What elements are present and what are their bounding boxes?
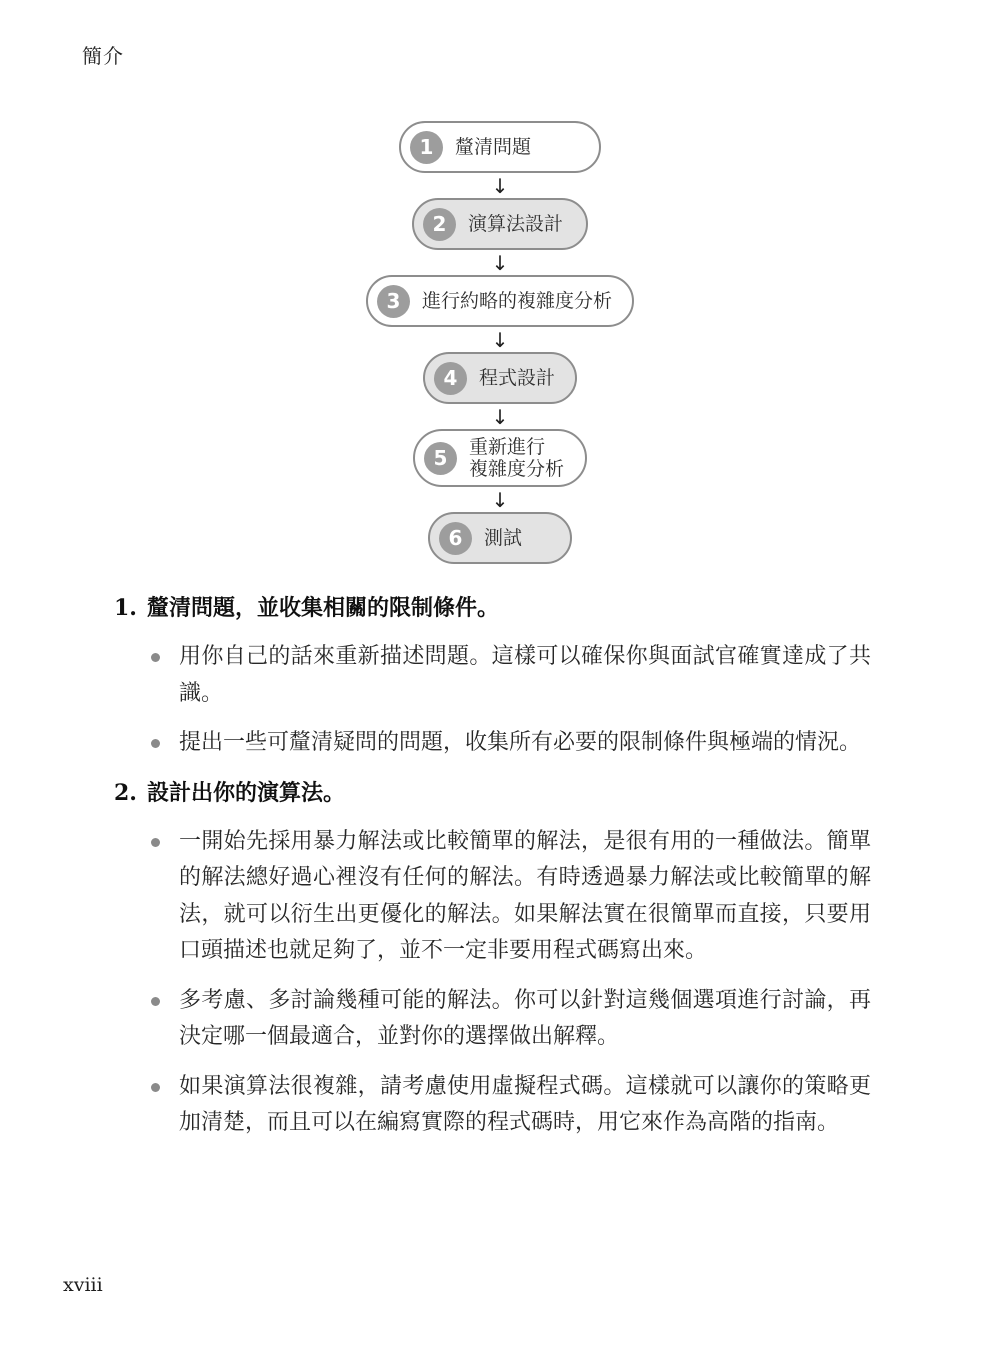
step-number-badge: 1 [410, 131, 443, 164]
down-arrow-icon: ↓ [492, 250, 509, 275]
bullet-item: 如果演算法很複雜，請考慮使用虛擬程式碼。這樣就可以讓你的策略更加清楚，而且可以在… [151, 1069, 890, 1142]
item-heading: 設計出你的演算法。 [147, 775, 345, 811]
numbered-step-list: 1. 釐清問題，並收集相關的限制條件。 用你自己的話來重新描述問題。這樣可以確保… [114, 590, 890, 1155]
item-number: 2. [114, 775, 147, 811]
flowchart-node-label: 演算法設計 [468, 213, 563, 235]
bullet-item: 一開始先採用暴力解法或比較簡單的解法，是很有用的一種做法。簡單的解法總好過心裡沒… [151, 824, 890, 970]
step-number-badge: 4 [434, 362, 467, 395]
bullet-dot-icon [151, 739, 160, 748]
bullet-text: 如果演算法很複雜，請考慮使用虛擬程式碼。這樣就可以讓你的策略更加清楚，而且可以在… [179, 1069, 871, 1142]
flowchart-node-redo-complexity: 5 重新進行 複雜度分析 [413, 429, 587, 487]
process-flowchart: 1 釐清問題 ↓ 2 演算法設計 ↓ 3 進行約略的複雜度分析 ↓ 4 程式設計… [0, 121, 1000, 564]
bullet-dot-icon [151, 1083, 160, 1092]
flowchart-node-coding: 4 程式設計 [423, 352, 577, 404]
flowchart-node-label: 釐清問題 [455, 136, 531, 158]
bullet-dot-icon [151, 838, 160, 847]
book-page: 簡介 1 釐清問題 ↓ 2 演算法設計 ↓ 3 進行約略的複雜度分析 ↓ 4 程… [0, 0, 1000, 1353]
step-number-badge: 2 [423, 208, 456, 241]
bullet-text: 用你自己的話來重新描述問題。這樣可以確保你與面試官確實達成了共識。 [179, 639, 871, 712]
flowchart-node-label: 重新進行 複雜度分析 [469, 436, 564, 480]
bullet-text: 提出一些可釐清疑問的問題，收集所有必要的限制條件與極端的情況。 [179, 725, 871, 762]
flowchart-node-label: 程式設計 [479, 367, 555, 389]
step-number-badge: 5 [424, 442, 457, 475]
page-number: xviii [63, 1274, 103, 1296]
down-arrow-icon: ↓ [492, 487, 509, 512]
bullet-item: 多考慮、多討論幾種可能的解法。你可以針對這幾個選項進行討論，再決定哪一個最適合，… [151, 983, 890, 1056]
list-item-2: 2. 設計出你的演算法。 一開始先採用暴力解法或比較簡單的解法，是很有用的一種做… [114, 775, 890, 1142]
bullet-text: 一開始先採用暴力解法或比較簡單的解法，是很有用的一種做法。簡單的解法總好過心裡沒… [179, 824, 871, 970]
step-number-badge: 6 [439, 522, 472, 555]
flowchart-node-algorithm-design: 2 演算法設計 [412, 198, 588, 250]
down-arrow-icon: ↓ [492, 404, 509, 429]
page-header: 簡介 [82, 40, 124, 69]
item-heading-row: 1. 釐清問題，並收集相關的限制條件。 [114, 590, 890, 626]
flowchart-node-clarify: 1 釐清問題 [399, 121, 601, 173]
step-number-badge: 3 [377, 285, 410, 318]
down-arrow-icon: ↓ [492, 173, 509, 198]
flowchart-node-testing: 6 測試 [428, 512, 572, 564]
item-heading: 釐清問題，並收集相關的限制條件。 [147, 590, 499, 626]
item-heading-row: 2. 設計出你的演算法。 [114, 775, 890, 811]
bullet-item: 用你自己的話來重新描述問題。這樣可以確保你與面試官確實達成了共識。 [151, 639, 890, 712]
bullet-text: 多考慮、多討論幾種可能的解法。你可以針對這幾個選項進行討論，再決定哪一個最適合，… [179, 983, 871, 1056]
bullet-dot-icon [151, 997, 160, 1006]
item-number: 1. [114, 590, 147, 626]
flowchart-node-label: 進行約略的複雜度分析 [422, 290, 612, 312]
bullet-item: 提出一些可釐清疑問的問題，收集所有必要的限制條件與極端的情況。 [151, 725, 890, 762]
flowchart-node-label: 測試 [484, 527, 522, 549]
down-arrow-icon: ↓ [492, 327, 509, 352]
list-item-1: 1. 釐清問題，並收集相關的限制條件。 用你自己的話來重新描述問題。這樣可以確保… [114, 590, 890, 762]
flowchart-node-rough-complexity: 3 進行約略的複雜度分析 [366, 275, 634, 327]
bullet-dot-icon [151, 653, 160, 662]
